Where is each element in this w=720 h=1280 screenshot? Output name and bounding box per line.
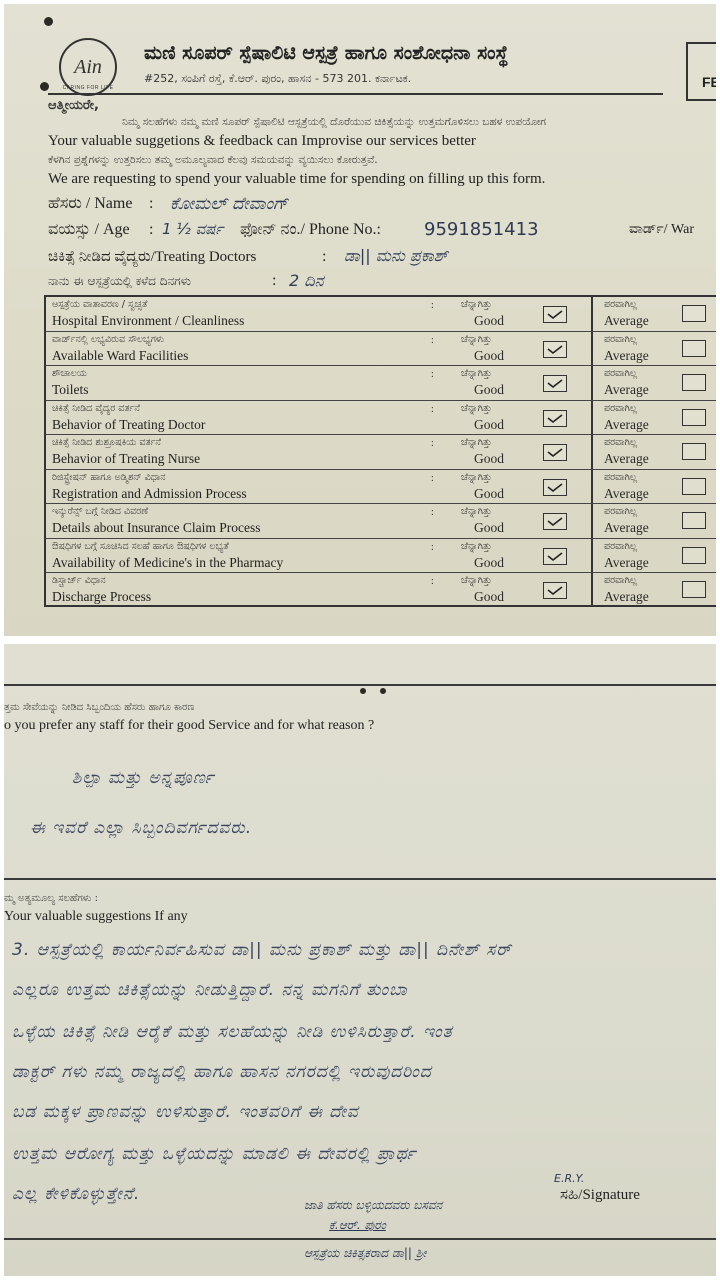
criterion-en: Behavior of Treating Doctor bbox=[52, 417, 205, 433]
colon: : bbox=[431, 507, 434, 518]
intro-en-line2: We are requesting to spend your valuable… bbox=[48, 171, 545, 188]
suggestion-line: ಎಲ್ಲರೂ ಉತ್ತಮ ಚಿಕಿತ್ಸೆಯನ್ನು ನೀಡುತ್ತಿದ್ದಾರ… bbox=[12, 980, 408, 1000]
doctors-field[interactable]: ಡಾ|| ಮನು ಪ್ರಕಾಶ್ bbox=[344, 246, 448, 266]
good-label-kn: ಚೆನ್ನಾಗಿತ್ತು bbox=[461, 506, 492, 517]
average-checkbox[interactable] bbox=[682, 443, 706, 460]
criterion-kn: ಚಿಕಿತ್ಸೆ ನೀಡಿದ ಶುಶ್ರೂಷಕಿಯ ವರ್ತನೆ bbox=[52, 437, 161, 448]
average-checkbox[interactable] bbox=[682, 478, 706, 495]
hospital-name: ಮಣಿ ಸೂಪರ್ ಸ್ಪೆಷಾಲಿಟಿ ಆಸ್ಪತ್ರೆ ಹಾಗೂ ಸಂಶೋಧ… bbox=[144, 42, 508, 64]
average-checkbox[interactable] bbox=[682, 305, 706, 322]
average-label-kn: ಪರವಾಗಿಲ್ಲ bbox=[604, 472, 637, 483]
name-label: ಹೆಸರು / Name bbox=[48, 195, 132, 213]
staff-question-en: o you prefer any staff for their good Se… bbox=[4, 718, 374, 734]
good-label: Good bbox=[474, 313, 504, 329]
good-checkbox[interactable] bbox=[543, 375, 567, 392]
average-checkbox[interactable] bbox=[682, 409, 706, 426]
rating-row: ಡಿಸ್ಚಾರ್ಜ್ ವಿಧಾನDischarge Process:ಚೆನ್ನಾ… bbox=[46, 573, 716, 608]
suggestion-line: ಉತ್ತಮ ಆರೋಗ್ಯ ಮತ್ತು ಒಳ್ಳೆಯದನ್ನು ಮಾಡಲಿ ಈ ದ… bbox=[12, 1144, 416, 1164]
average-label-kn: ಪರವಾಗಿಲ್ಲ bbox=[604, 334, 637, 345]
form-code-box: FE bbox=[686, 42, 716, 101]
ward-label: ವಾರ್ಡ್/ War bbox=[629, 222, 694, 238]
phone-label: ಫೋನ್ ನಂ./ Phone No.: bbox=[240, 221, 381, 239]
signature-initials: E.R.Y. bbox=[554, 1172, 584, 1185]
good-checkbox[interactable] bbox=[543, 341, 567, 358]
good-label: Good bbox=[474, 520, 504, 536]
suggestions-label-en: Your valuable suggestions If any bbox=[4, 909, 188, 925]
criterion-en: Hospital Environment / Cleanliness bbox=[52, 313, 244, 329]
criterion-kn: ರಿಜಿಸ್ಟ್ರೇಷನ್ ಹಾಗೂ ಅಡ್ಮಿಶನ್ ವಿಧಾನ bbox=[52, 472, 166, 483]
good-label: Good bbox=[474, 589, 504, 605]
staff-answer-line2[interactable]: ಈ ಇವರೆ ಎಲ್ಲಾ ಸಿಬ್ಬಂದಿವರ್ಗದವರು. bbox=[30, 818, 252, 838]
colon: : bbox=[431, 404, 434, 415]
good-label-kn: ಚೆನ್ನಾಗಿತ್ತು bbox=[461, 368, 492, 379]
good-checkbox[interactable] bbox=[543, 513, 567, 530]
criterion-en: Details about Insurance Claim Process bbox=[52, 520, 260, 536]
staff-answer-line1[interactable]: ಶಿಲ್ಪಾ ಮತ್ತು ಅನ್ನಪೂರ್ಣ bbox=[72, 768, 215, 788]
average-label: Average bbox=[604, 451, 649, 467]
staff-question-kn: ತ್ತಮ ಸೇವೆಯನ್ನು ನೀಡಿದ ಸಿಬ್ಬಂದಿಯ ಹೆಸರು ಹಾಗ… bbox=[4, 702, 194, 713]
signature-label: ಸಹಿ/Signature bbox=[560, 1186, 640, 1204]
footer-handwriting: ಆಸ್ಪತ್ರೆಯ ಚಿಕಿತ್ಸಕರಾದ ಡಾ|| ಶ್ರೀ bbox=[304, 1246, 426, 1261]
rating-table: ಆಸ್ಪತ್ರೆಯ ವಾತಾವರಣ / ಸ್ವಚ್ಛತೆHospital Env… bbox=[44, 295, 716, 607]
good-label: Good bbox=[474, 486, 504, 502]
salutation: ಆತ್ಮೀಯರೇ, bbox=[48, 98, 99, 113]
colon: : bbox=[431, 542, 434, 553]
closing-line1: ಜಾತಿ ಹೆಸರು ಬಳ್ಳಿಯದವರು ಬಸವನ bbox=[304, 1198, 442, 1213]
average-checkbox[interactable] bbox=[682, 512, 706, 529]
good-label: Good bbox=[474, 348, 504, 364]
average-checkbox[interactable] bbox=[682, 340, 706, 357]
good-label: Good bbox=[474, 382, 504, 398]
criterion-kn: ಔಷಧಿಗಳ ಬಗ್ಗೆ ಸೂಚಿಸಿದ ಸಲಹೆ ಹಾಗೂ ಔಷಧಿಗಳ ಲಭ… bbox=[52, 541, 229, 552]
criterion-en: Availability of Medicine's in the Pharma… bbox=[52, 555, 283, 571]
feedback-form-front: Ain CARING FOR LIFE ಮಣಿ ಸೂಪರ್ ಸ್ಪೆಷಾಲಿಟಿ… bbox=[4, 4, 716, 636]
good-checkbox[interactable] bbox=[543, 306, 567, 323]
logo-tagline: CARING FOR LIFE bbox=[63, 85, 114, 91]
criterion-kn: ಇನ್ಶುರೆನ್ಸ್ ಬಗ್ಗೆ ನೀಡಿದ ವಿವರಣೆ bbox=[52, 506, 148, 517]
days-field[interactable]: 2 ದಿನ bbox=[289, 271, 324, 291]
good-label-kn: ಚೆನ್ನಾಗಿತ್ತು bbox=[461, 403, 492, 414]
intro-kn-line2: ಕೆಳಗಿನ ಪ್ರಶ್ನೆಗಳನ್ನು ಉತ್ತರಿಸಲು ತಮ್ಮ ಅಮೂಲ… bbox=[48, 154, 378, 167]
average-checkbox[interactable] bbox=[682, 581, 706, 598]
average-label: Average bbox=[604, 417, 649, 433]
doctors-label: ಚಿಕಿತ್ಸೆ ನೀಡಿದ ವೈದ್ಯರು/Treating Doctors bbox=[48, 248, 256, 266]
intro-en-line1: Your valuable suggetions & feedback can … bbox=[48, 133, 476, 150]
colon: : bbox=[431, 335, 434, 346]
suggestion-line: ಒಳ್ಳೆಯ ಚಿಕಿತ್ಸೆ ನೀಡಿ ಆರೈಕೆ ಮತ್ತು ಸಲಹೆಯನ್… bbox=[12, 1022, 453, 1042]
average-label: Average bbox=[604, 520, 649, 536]
criterion-kn: ವಾರ್ಡ್‌ನಲ್ಲಿ ಲಭ್ಯವಿರುವ ಸೌಲಭ್ಯಗಳು bbox=[52, 334, 164, 345]
good-label-kn: ಚೆನ್ನಾಗಿತ್ತು bbox=[461, 334, 492, 345]
average-label: Average bbox=[604, 348, 649, 364]
divider bbox=[4, 684, 716, 686]
age-field[interactable]: 1 ½ ವರ್ಷ bbox=[162, 220, 223, 238]
colon: : bbox=[431, 300, 434, 311]
good-checkbox[interactable] bbox=[543, 410, 567, 427]
good-label-kn: ಚೆನ್ನಾಗಿತ್ತು bbox=[461, 437, 492, 448]
average-label: Average bbox=[604, 382, 649, 398]
rating-row: ಆಸ್ಪತ್ರೆಯ ವಾತಾವರಣ / ಸ್ವಚ್ಛತೆHospital Env… bbox=[46, 297, 716, 332]
colon: : bbox=[431, 438, 434, 449]
criterion-en: Discharge Process bbox=[52, 589, 151, 605]
average-label-kn: ಪರವಾಗಿಲ್ಲ bbox=[604, 541, 637, 552]
average-label-kn: ಪರವಾಗಿಲ್ಲ bbox=[604, 437, 637, 448]
good-label-kn: ಚೆನ್ನಾಗಿತ್ತು bbox=[461, 472, 492, 483]
rating-row: ಚಿಕಿತ್ಸೆ ನೀಡಿದ ವೈದ್ಯರ ವರ್ತನೆBehavior of … bbox=[46, 401, 716, 436]
days-label: ನಾನು ಈ ಆಸ್ಪತ್ರೆಯಲ್ಲಿ ಕಳೆದ ದಿನಗಳು bbox=[48, 274, 191, 289]
suggestion-line: ಬಡ ಮಕ್ಕಳ ಪ್ರಾಣವನ್ನು ಉಳಿಸುತ್ತಾರೆ. ಇಂತವರಿಗ… bbox=[12, 1102, 359, 1122]
rating-row: ಇನ್ಶುರೆನ್ಸ್ ಬಗ್ಗೆ ನೀಡಿದ ವಿವರಣೆDetails ab… bbox=[46, 504, 716, 539]
criterion-en: Available Ward Facilities bbox=[52, 348, 188, 364]
average-label: Average bbox=[604, 313, 649, 329]
rating-row: ರಿಜಿಸ್ಟ್ರೇಷನ್ ಹಾಗೂ ಅಡ್ಮಿಶನ್ ವಿಧಾನRegistr… bbox=[46, 470, 716, 505]
colon: : bbox=[431, 369, 434, 380]
criterion-en: Behavior of Treating Nurse bbox=[52, 451, 200, 467]
good-checkbox[interactable] bbox=[543, 548, 567, 565]
suggestion-line: ಡಾಕ್ಟರ್ ಗಳು ನಮ್ಮ ರಾಜ್ಯದಲ್ಲಿ ಹಾಗೂ ಹಾಸನ ನಗ… bbox=[12, 1062, 432, 1082]
good-checkbox[interactable] bbox=[543, 479, 567, 496]
good-checkbox[interactable] bbox=[543, 582, 567, 599]
hospital-address: #252, ಸಂಪಿಗೆ ರಸ್ತೆ, ಕೆ.ಆರ್. ಪುರಂ, ಹಾಸನ -… bbox=[144, 72, 411, 86]
average-label: Average bbox=[604, 589, 649, 605]
suggestion-line: ಎಲ್ಲ ಕೇಳಿಕೊಳ್ಳುತ್ತೇನೆ. bbox=[12, 1184, 140, 1204]
name-field[interactable]: ಕೋಮಲ್ ದೇವಾಂಗ್ bbox=[170, 194, 288, 214]
good-label: Good bbox=[474, 451, 504, 467]
punch-hole bbox=[44, 17, 53, 26]
age-label: ವಯಸ್ಸು / Age bbox=[48, 221, 130, 239]
good-label: Good bbox=[474, 417, 504, 433]
suggestions-label-kn: ಮ್ಮ ಅತ್ಯಮೂಲ್ಯ ಸಲಹೆಗಳು : bbox=[4, 893, 98, 904]
criterion-kn: ಡಿಸ್ಚಾರ್ಜ್ ವಿಧಾನ bbox=[52, 575, 106, 586]
punch-hole bbox=[380, 688, 386, 694]
average-label-kn: ಪರವಾಗಿಲ್ಲ bbox=[604, 368, 637, 379]
rating-row: ಚಿಕಿತ್ಸೆ ನೀಡಿದ ಶುಶ್ರೂಷಕಿಯ ವರ್ತನೆBehavior… bbox=[46, 435, 716, 470]
average-label-kn: ಪರವಾಗಿಲ್ಲ bbox=[604, 299, 637, 310]
average-label-kn: ಪರವಾಗಿಲ್ಲ bbox=[604, 506, 637, 517]
feedback-form-back: ತ್ತಮ ಸೇವೆಯನ್ನು ನೀಡಿದ ಸಿಬ್ಬಂದಿಯ ಹೆಸರು ಹಾಗ… bbox=[4, 644, 716, 1276]
divider bbox=[4, 878, 716, 880]
colon: : bbox=[431, 473, 434, 484]
average-label: Average bbox=[604, 486, 649, 502]
average-label: Average bbox=[604, 555, 649, 571]
rating-row: ಶೌಚಾಲಯToilets:ಚೆನ್ನಾಗಿತ್ತುGoodಪರವಾಗಿಲ್ಲA… bbox=[46, 366, 716, 401]
colon: : bbox=[431, 576, 434, 587]
closing-line2: ಕೆ.ಆರ್. ಪುರಂ bbox=[329, 1218, 386, 1233]
good-label: Good bbox=[474, 555, 504, 571]
good-label-kn: ಚೆನ್ನಾಗಿತ್ತು bbox=[461, 299, 492, 310]
criterion-kn: ಶೌಚಾಲಯ bbox=[52, 368, 87, 379]
rating-row: ಔಷಧಿಗಳ ಬಗ್ಗೆ ಸೂಚಿಸಿದ ಸಲಹೆ ಹಾಗೂ ಔಷಧಿಗಳ ಲಭ… bbox=[46, 539, 716, 574]
criterion-en: Toilets bbox=[52, 382, 89, 398]
divider bbox=[4, 1238, 716, 1240]
suggestion-line: 3. ಆಸ್ಪತ್ರೆಯಲ್ಲಿ ಕಾರ್ಯನಿರ್ವಹಿಸುವ ಡಾ|| ಮನ… bbox=[12, 940, 512, 960]
phone-field[interactable]: 9591851413 bbox=[424, 219, 539, 240]
hospital-logo-icon: Ain CARING FOR LIFE bbox=[59, 38, 117, 96]
average-checkbox[interactable] bbox=[682, 374, 706, 391]
criterion-kn: ಆಸ್ಪತ್ರೆಯ ವಾತಾವರಣ / ಸ್ವಚ್ಛತೆ bbox=[52, 299, 147, 310]
criterion-en: Registration and Admission Process bbox=[52, 486, 247, 502]
punch-hole bbox=[360, 688, 366, 694]
criterion-kn: ಚಿಕಿತ್ಸೆ ನೀಡಿದ ವೈದ್ಯರ ವರ್ತನೆ bbox=[52, 403, 140, 414]
good-label-kn: ಚೆನ್ನಾಗಿತ್ತು bbox=[461, 575, 492, 586]
header-divider bbox=[48, 93, 663, 95]
rating-row: ವಾರ್ಡ್‌ನಲ್ಲಿ ಲಭ್ಯವಿರುವ ಸೌಲಭ್ಯಗಳುAvailabl… bbox=[46, 332, 716, 367]
good-checkbox[interactable] bbox=[543, 444, 567, 461]
average-label-kn: ಪರವಾಗಿಲ್ಲ bbox=[604, 403, 637, 414]
average-checkbox[interactable] bbox=[682, 547, 706, 564]
average-label-kn: ಪರವಾಗಿಲ್ಲ bbox=[604, 575, 637, 586]
punch-hole bbox=[40, 82, 49, 91]
intro-kn-line1: ನಿಮ್ಮ ಸಲಹೆಗಳು ನಮ್ಮ ಮಣಿ ಸೂಪರ್ ಸ್ಪೆಷಾಲಿಟಿ … bbox=[122, 116, 546, 129]
form-code: FE bbox=[702, 74, 716, 90]
good-label-kn: ಚೆನ್ನಾಗಿತ್ತು bbox=[461, 541, 492, 552]
logo-initials: Ain bbox=[74, 56, 102, 79]
